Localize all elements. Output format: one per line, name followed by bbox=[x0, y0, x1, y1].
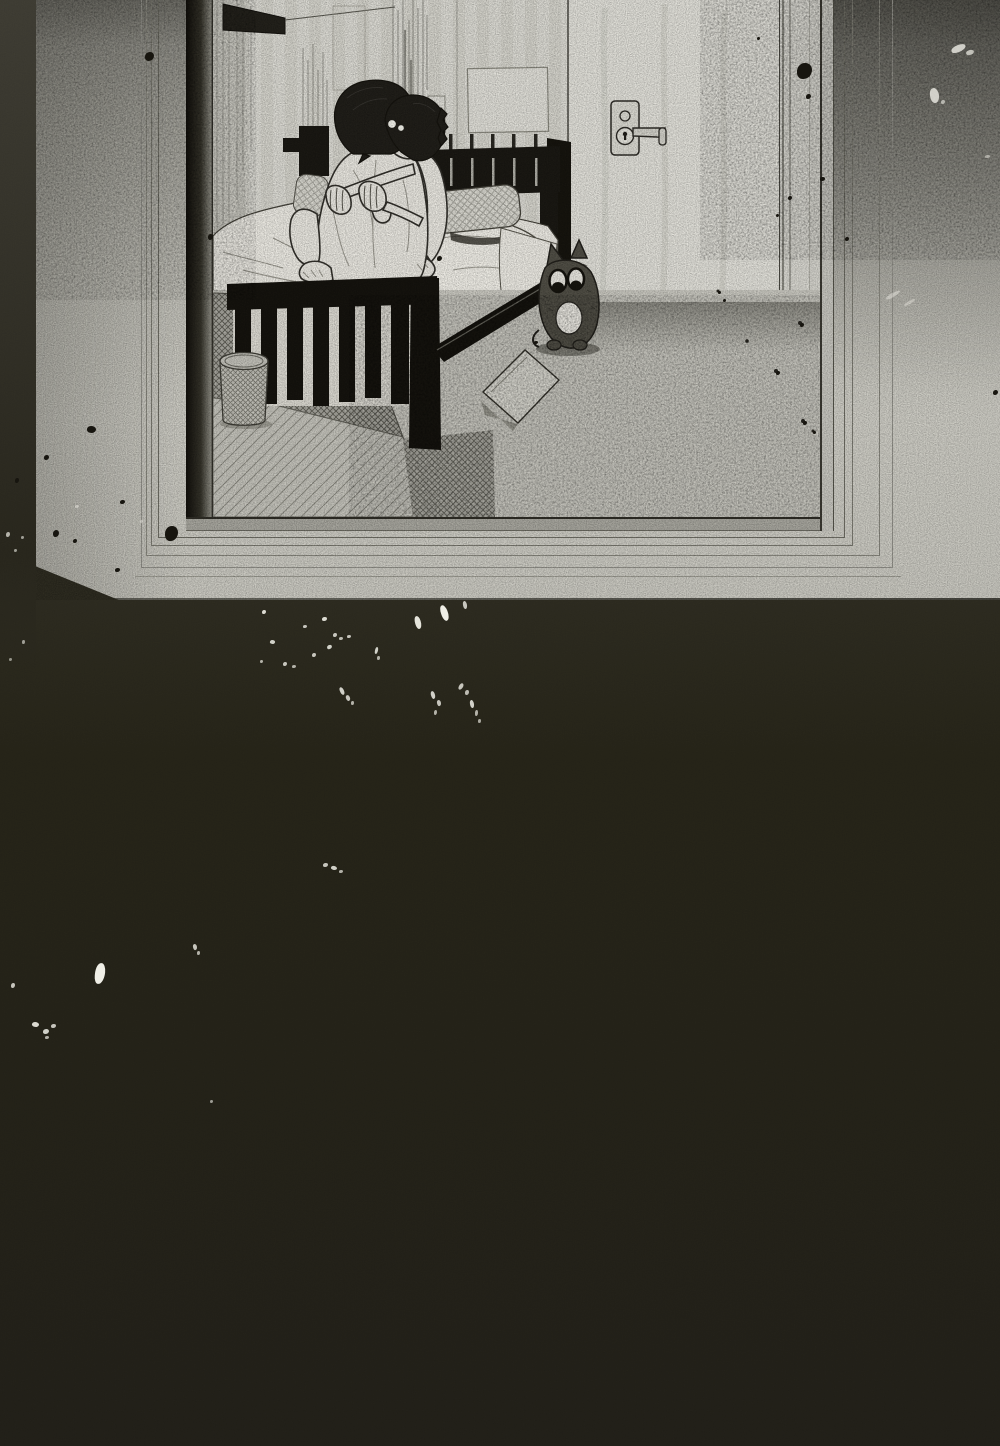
white-dust-speck bbox=[303, 625, 307, 628]
white-dust-speck bbox=[458, 682, 465, 690]
white-dust-speck bbox=[51, 1024, 56, 1028]
white-dust-speck bbox=[377, 656, 380, 660]
door bbox=[556, 0, 820, 313]
white-dust-speck bbox=[11, 983, 15, 988]
white-dust-speck bbox=[262, 610, 266, 614]
white-dust-speck bbox=[327, 644, 333, 649]
manga-page bbox=[0, 0, 1000, 1446]
panel-frame-left bbox=[186, 0, 213, 531]
white-dust-speck bbox=[345, 694, 351, 701]
white-dust-speck bbox=[413, 615, 423, 629]
room-scene bbox=[213, 0, 820, 517]
white-dust-speck bbox=[45, 1036, 49, 1039]
white-dust-speck bbox=[338, 687, 345, 696]
white-dust-speck bbox=[312, 653, 316, 657]
panel-frame-right bbox=[820, 0, 834, 531]
white-dust-speck bbox=[330, 865, 337, 871]
white-dust-speck bbox=[475, 710, 478, 716]
basket bbox=[220, 353, 272, 430]
white-dust-speck bbox=[260, 660, 263, 663]
plush-belly bbox=[556, 302, 582, 334]
white-dust-speck bbox=[31, 1021, 39, 1028]
white-dust-speck bbox=[434, 710, 437, 715]
white-dust-speck bbox=[339, 870, 343, 873]
white-dust-speck bbox=[469, 700, 475, 709]
white-dust-speck bbox=[197, 951, 200, 955]
white-dust-speck bbox=[323, 863, 328, 867]
white-dust-speck bbox=[430, 691, 436, 700]
white-dust-speck bbox=[43, 1029, 49, 1034]
white-dust-speck bbox=[339, 637, 343, 640]
white-dust-speck bbox=[322, 617, 327, 621]
white-dust-speck bbox=[465, 690, 469, 695]
white-dust-speck bbox=[94, 963, 106, 985]
white-dust-speck bbox=[269, 639, 275, 644]
figure-back-foot bbox=[299, 261, 333, 283]
white-dust-speck bbox=[292, 665, 296, 668]
white-dust-speck bbox=[347, 635, 351, 638]
white-dust-speck bbox=[438, 604, 450, 621]
panel-frame-bottom bbox=[186, 517, 834, 531]
white-dust-speck bbox=[192, 943, 198, 950]
white-dust-speck bbox=[283, 662, 287, 666]
white-dust-speck bbox=[374, 647, 378, 654]
white-dust-speck bbox=[436, 699, 442, 706]
white-dust-speck bbox=[351, 701, 354, 705]
left-dark-band bbox=[0, 0, 36, 690]
white-dust-speck bbox=[478, 719, 481, 723]
corner-post bbox=[409, 278, 441, 450]
white-dust-speck bbox=[210, 1100, 213, 1103]
white-dust-speck bbox=[462, 601, 468, 610]
white-dust-speck bbox=[333, 633, 337, 637]
